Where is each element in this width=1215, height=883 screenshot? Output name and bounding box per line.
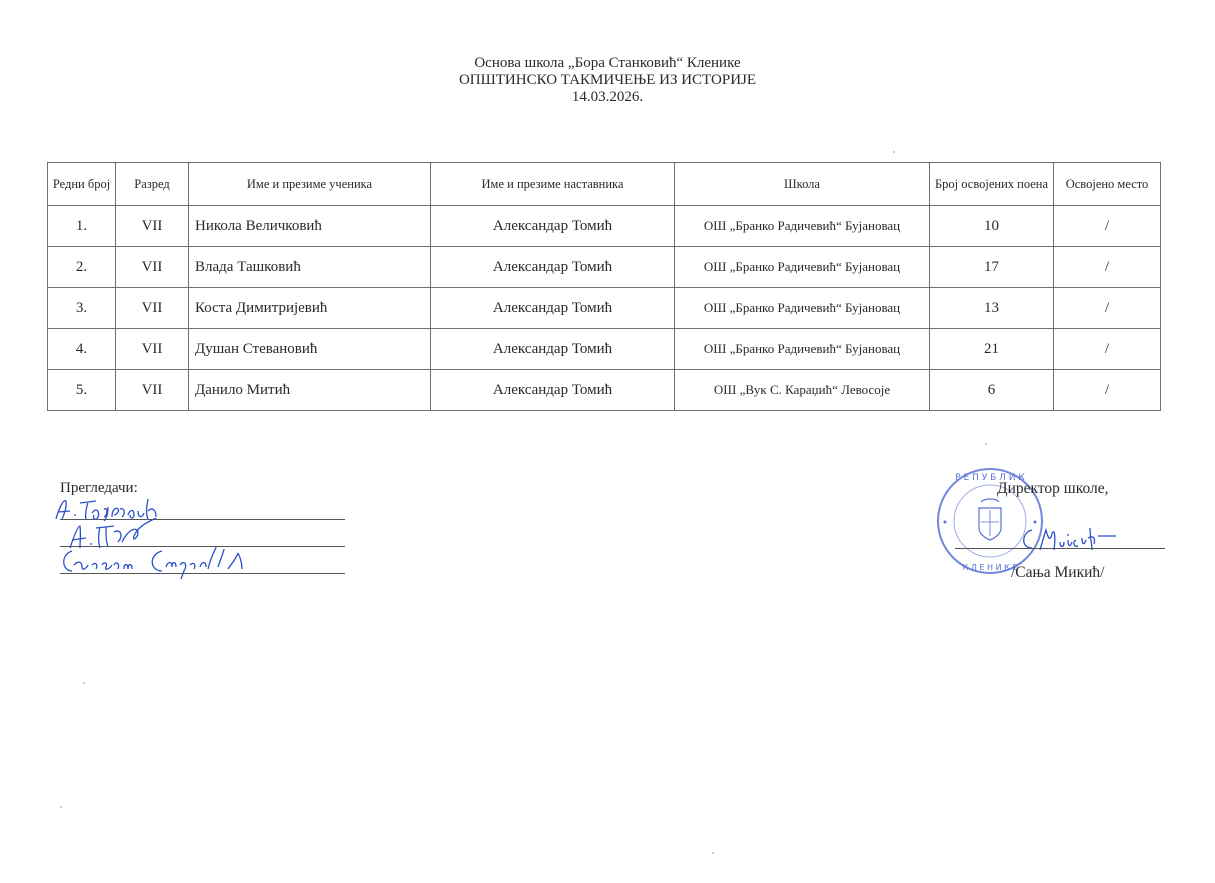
table-row: 4. VII Душан Стевановић Александар Томић…	[48, 329, 1161, 370]
school-title: Основа школа „Бора Станковић“ Кленике	[0, 55, 1215, 72]
scan-speck	[83, 682, 85, 684]
cell-no: 1.	[48, 206, 116, 247]
cell-points: 17	[930, 247, 1054, 288]
scan-speck	[60, 806, 62, 808]
cell-student: Влада Ташковић	[189, 247, 431, 288]
cell-school: ОШ „Бранко Радичевић“ Бујановац	[675, 206, 930, 247]
reviewer-signature-line-3	[60, 547, 345, 574]
cell-student: Данило Митић	[189, 370, 431, 411]
director-name: /Сања Микић/	[1011, 564, 1104, 582]
results-table: Редни број Разред Име и презиме ученика …	[47, 162, 1161, 411]
scan-speck	[893, 151, 895, 153]
cell-school: ОШ „Бранко Радичевић“ Бујановац	[675, 288, 930, 329]
table-row: 1. VII Никола Величковић Александар Томи…	[48, 206, 1161, 247]
cell-no: 2.	[48, 247, 116, 288]
col-header-student: Име и презиме ученика	[189, 163, 431, 206]
cell-school: ОШ „Бранко Радичевић“ Бујановац	[675, 329, 930, 370]
competition-title: ОПШТИНСКО ТАКМИЧЕЊЕ ИЗ ИСТОРИЈЕ	[0, 72, 1215, 89]
col-header-no: Редни број	[48, 163, 116, 206]
cell-school: ОШ „Вук С. Караџић“ Левосоје	[675, 370, 930, 411]
cell-grade: VII	[116, 329, 189, 370]
cell-teacher: Александар Томић	[431, 288, 675, 329]
cell-place: /	[1054, 329, 1161, 370]
scan-speck	[985, 443, 987, 445]
cell-grade: VII	[116, 247, 189, 288]
cell-points: 13	[930, 288, 1054, 329]
cell-grade: VII	[116, 288, 189, 329]
cell-student: Коста Димитријевић	[189, 288, 431, 329]
cell-grade: VII	[116, 206, 189, 247]
handwritten-signature-icon	[52, 543, 302, 579]
col-header-points: Број освојених поена	[930, 163, 1054, 206]
cell-teacher: Александар Томић	[431, 247, 675, 288]
table-header-row: Редни број Разред Име и презиме ученика …	[48, 163, 1161, 206]
cell-no: 4.	[48, 329, 116, 370]
cell-teacher: Александар Томић	[431, 370, 675, 411]
director-signature-icon	[1020, 524, 1130, 554]
competition-date: 14.03.2026.	[0, 89, 1215, 106]
director-label: Директор школе,	[997, 480, 1108, 498]
table-row: 5. VII Данило Митић Александар Томић ОШ …	[48, 370, 1161, 411]
table-row: 3. VII Коста Димитријевић Александар Том…	[48, 288, 1161, 329]
document-header: Основа школа „Бора Станковић“ Кленике ОП…	[0, 55, 1215, 106]
scan-speck	[712, 852, 714, 854]
reviewer-signature-line-1	[60, 497, 345, 520]
table-row: 2. VII Влада Ташковић Александар Томић О…	[48, 247, 1161, 288]
cell-points: 21	[930, 329, 1054, 370]
cell-place: /	[1054, 206, 1161, 247]
svg-text:К Л Е Н И К Е: К Л Е Н И К Е	[963, 563, 1018, 572]
director-block: Р Е П У Б Л И К К Л Е Н И К Е Директор ш…	[905, 478, 1165, 588]
cell-points: 6	[930, 370, 1054, 411]
cell-place: /	[1054, 288, 1161, 329]
cell-grade: VII	[116, 370, 189, 411]
cell-place: /	[1054, 370, 1161, 411]
cell-no: 5.	[48, 370, 116, 411]
cell-no: 3.	[48, 288, 116, 329]
col-header-grade: Разред	[116, 163, 189, 206]
cell-student: Никола Величковић	[189, 206, 431, 247]
director-signature-line	[955, 548, 1165, 549]
cell-teacher: Александар Томић	[431, 329, 675, 370]
col-header-teacher: Име и презиме наставника	[431, 163, 675, 206]
col-header-school: Школа	[675, 163, 930, 206]
cell-place: /	[1054, 247, 1161, 288]
cell-teacher: Александар Томић	[431, 206, 675, 247]
reviewers-block: Прегледачи:	[60, 480, 345, 574]
cell-points: 10	[930, 206, 1054, 247]
col-header-place: Освојено место	[1054, 163, 1161, 206]
cell-student: Душан Стевановић	[189, 329, 431, 370]
cell-school: ОШ „Бранко Радичевић“ Бујановац	[675, 247, 930, 288]
